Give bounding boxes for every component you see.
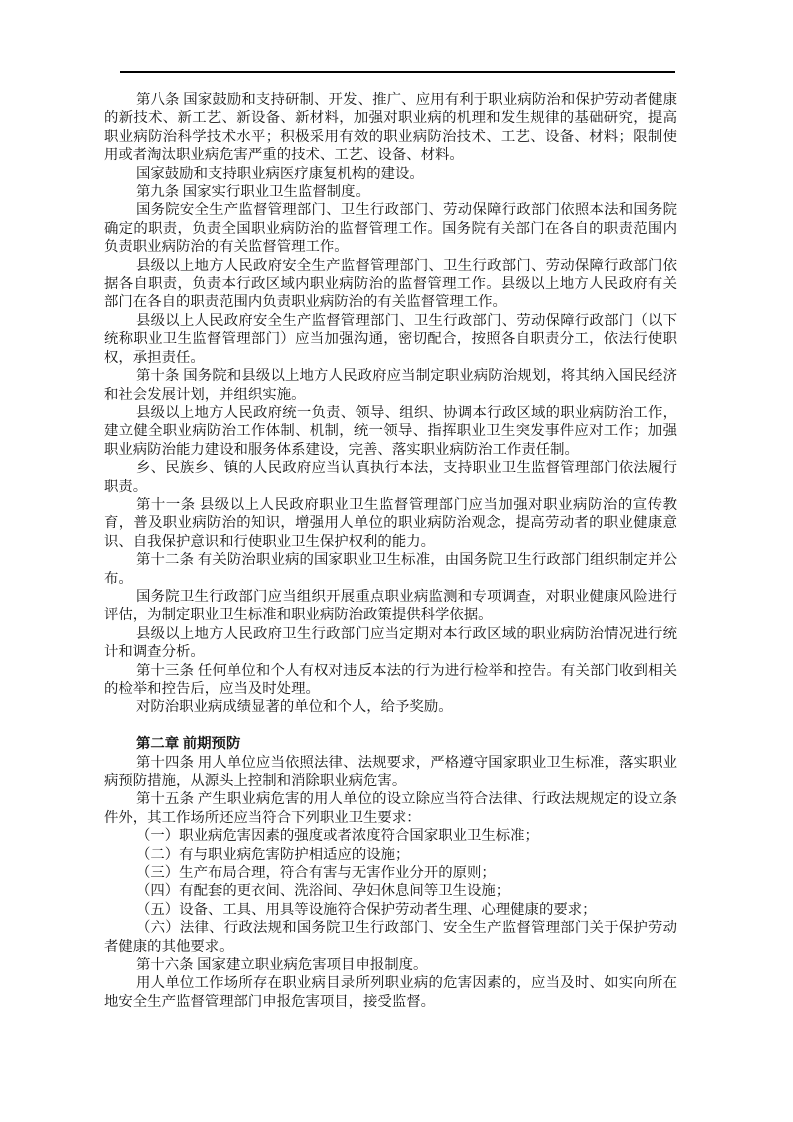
numbered-list-item: （六）法律、行政法规和国务院卫生行政部门、安全生产监督管理部门关于保护劳动者健康…: [104, 919, 677, 956]
paragraph: 县级以上人民政府安全生产监督管理部门、卫生行政部门、劳动保障行政部门（以下统称职…: [104, 312, 677, 367]
paragraph: 第十六条 国家建立职业病危害项目申报制度。: [104, 956, 677, 974]
top-rule-divider: [120, 71, 675, 73]
paragraph: 国务院安全生产监督管理部门、卫生行政部门、劳动保障行政部门依照本法和国务院确定的…: [104, 201, 677, 256]
numbered-list-item: （一）职业病危害因素的强度或者浓度符合国家职业卫生标准；: [104, 827, 677, 845]
paragraph: 第十三条 任何单位和个人有权对违反本法的行为进行检举和控告。有关部门收到相关的检…: [104, 662, 677, 699]
numbered-list-item: （四）有配套的更衣间、洗浴间、孕妇休息间等卫生设施；: [104, 882, 677, 900]
paragraph: 第十二条 有关防治职业病的国家职业卫生标准，由国务院卫生行政部门组织制定并公布。: [104, 551, 677, 588]
numbered-list-item: （五）设备、工具、用具等设施符合保护劳动者生理、心理健康的要求；: [104, 901, 677, 919]
paragraph: 县级以上地方人民政府统一负责、领导、组织、协调本行政区域的职业病防治工作，建立健…: [104, 404, 677, 459]
paragraph: 国务院卫生行政部门应当组织开展重点职业病监测和专项调查，对职业健康风险进行评估，…: [104, 588, 677, 625]
paragraph: 第十四条 用人单位应当依照法律、法规要求，严格遵守国家职业卫生标准，落实职业病预…: [104, 754, 677, 791]
paragraph: 第八条 国家鼓励和支持研制、开发、推广、应用有利于职业病防治和保护劳动者健康的新…: [104, 91, 677, 165]
paragraph: 国家鼓励和支持职业病医疗康复机构的建设。: [104, 165, 677, 183]
paragraph: 第十五条 产生职业病危害的用人单位的设立除应当符合法律、行政法规规定的设立条件外…: [104, 790, 677, 827]
paragraph: 用人单位工作场所存在职业病目录所列职业病的危害因素的，应当及时、如实向所在地安全…: [104, 974, 677, 1011]
chapter-heading: 第二章 前期预防: [104, 735, 677, 753]
numbered-list-item: （二）有与职业病危害防护相适应的设施；: [104, 846, 677, 864]
paragraph: 县级以上地方人民政府卫生行政部门应当定期对本行政区域的职业病防治情况进行统计和调…: [104, 625, 677, 662]
paragraph: 对防治职业病成绩显著的单位和个人，给予奖励。: [104, 698, 677, 716]
document-body: 第八条 国家鼓励和支持研制、开发、推广、应用有利于职业病防治和保护劳动者健康的新…: [104, 91, 677, 1011]
paragraph: 乡、民族乡、镇的人民政府应当认真执行本法，支持职业卫生监督管理部门依法履行职责。: [104, 459, 677, 496]
paragraph: 第九条 国家实行职业卫生监督制度。: [104, 183, 677, 201]
paragraph: 第十条 国务院和县级以上地方人民政府应当制定职业病防治规划，将其纳入国民经济和社…: [104, 367, 677, 404]
paragraph: 第十一条 县级以上人民政府职业卫生监督管理部门应当加强对职业病防治的宣传教育，普…: [104, 496, 677, 551]
document-page: 第八条 国家鼓励和支持研制、开发、推广、应用有利于职业病防治和保护劳动者健康的新…: [0, 0, 793, 1122]
paragraph: 县级以上地方人民政府安全生产监督管理部门、卫生行政部门、劳动保障行政部门依据各自…: [104, 257, 677, 312]
numbered-list-item: （三）生产布局合理，符合有害与无害作业分开的原则；: [104, 864, 677, 882]
